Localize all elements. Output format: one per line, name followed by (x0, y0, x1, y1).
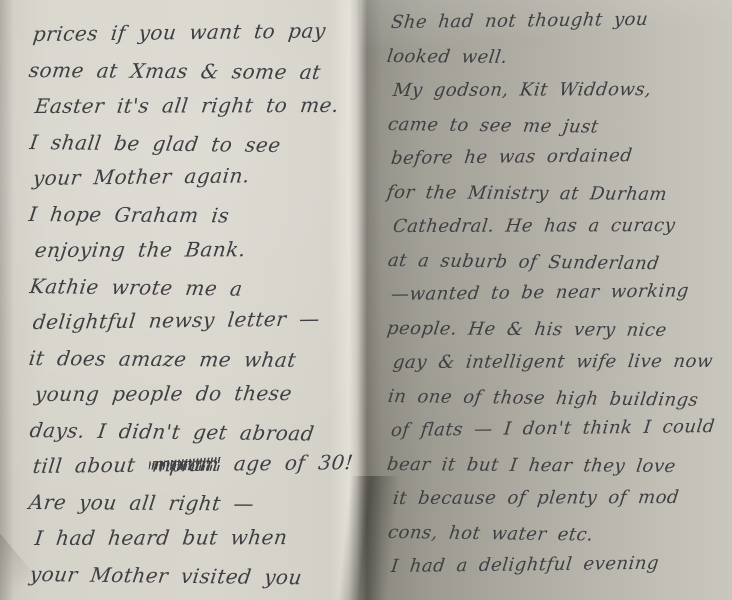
handwritten-line: delightful newsy letter — (31, 300, 362, 340)
line-segment: till about (32, 453, 137, 478)
handwritten-line: it does amaze me what (27, 340, 362, 378)
handwritten-line-with-scribble: till about mpram age of 30! (31, 444, 362, 484)
handwritten-line: Easter it's all right to me. (33, 87, 362, 124)
letter-page-right: She had not thought you looked well. My … (388, 6, 732, 584)
handwritten-line: My godson, Kit Widdows, (391, 73, 732, 108)
handwritten-line: Cathedral. He has a curacy (391, 209, 732, 244)
handwritten-line: —wanted to be near working (389, 274, 732, 312)
handwritten-line: I had a delightful evening (389, 546, 732, 584)
handwritten-line: your Mother visited you (28, 556, 362, 596)
handwritten-line: looked well. (385, 40, 732, 76)
handwritten-line: enjoying the Bank. (33, 231, 362, 268)
handwritten-line: before he was ordained (389, 138, 732, 176)
handwritten-line: I hope Graham is (27, 196, 362, 234)
handwritten-line: of flats — I don't think I could (389, 410, 732, 448)
handwritten-line: it because of plenty of mod (391, 481, 732, 516)
handwritten-line: people. He & his very nice (385, 312, 732, 348)
handwritten-line: some at Xmas & some at (27, 52, 362, 90)
handwritten-line: gay & intelligent wife live now (391, 345, 732, 380)
handwritten-line: bear it but I hear they love (385, 448, 732, 484)
handwritten-line: prices if you want to pay (31, 12, 362, 52)
handwritten-line: Are you all right — (27, 484, 362, 522)
handwritten-line: young people do these (33, 375, 362, 412)
line-segment: age of 30! (233, 450, 355, 475)
handwritten-line: your Mother again. (31, 156, 362, 196)
handwritten-line: She had not thought you (389, 2, 732, 40)
letter-page-left: prices if you want to pay some at Xmas &… (30, 16, 360, 592)
crossed-out-word: mpram (151, 452, 218, 477)
handwritten-line: I had heard but when (33, 519, 362, 556)
letter-photo: prices if you want to pay some at Xmas &… (0, 0, 732, 600)
handwritten-line: for the Ministry at Durham (385, 176, 732, 212)
